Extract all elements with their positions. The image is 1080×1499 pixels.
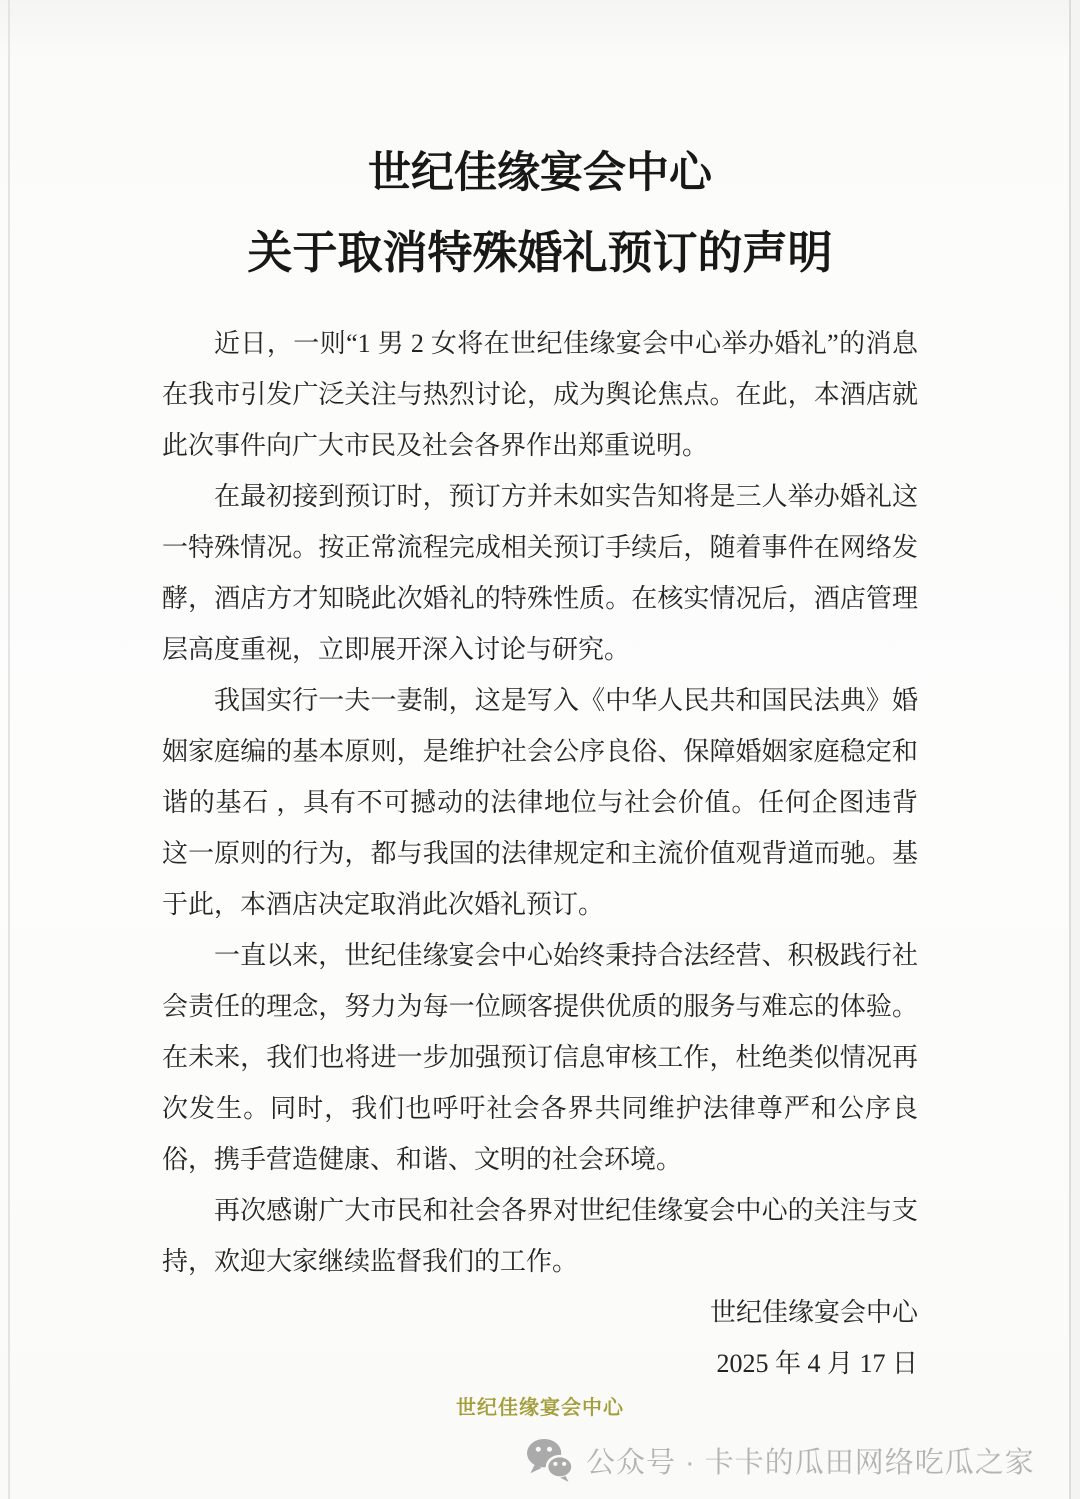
signature-block: 世纪佳缘宴会中心 2025 年 4 月 17 日 xyxy=(0,1287,918,1389)
watermark: 公众号 · 卡卡的瓜田网络吃瓜之家 xyxy=(526,1438,1035,1482)
document-title: 世纪佳缘宴会中心 xyxy=(0,150,1080,198)
paragraph-3: 我国实行一夫一妻制，这是写入《中华人民共和国民法典》婚姻家庭编的基本原则，是维护… xyxy=(162,675,918,930)
paragraph-4: 一直以来，世纪佳缘宴会中心始终秉持合法经营、积极践行社会责任的理念，努力为每一位… xyxy=(162,930,918,1185)
document-subtitle: 关于取消特殊婚礼预订的声明 xyxy=(0,228,1080,278)
paragraph-5: 再次感谢广大市民和社会各界对世纪佳缘宴会中心的关注与支持，欢迎大家继续监督我们的… xyxy=(162,1185,918,1287)
signature: 世纪佳缘宴会中心 xyxy=(0,1287,918,1338)
paragraph-2: 在最初接到预订时，预订方并未如实告知将是三人举办婚礼这一特殊情况。按正常流程完成… xyxy=(162,471,918,675)
photo-edge-right xyxy=(1069,0,1071,1499)
paragraph-1: 近日，一则“1 男 2 女将在世纪佳缘宴会中心举办婚礼”的消息在我市引发广泛关注… xyxy=(162,318,918,471)
footer-brand: 世纪佳缘宴会中心 xyxy=(0,1393,1080,1423)
date: 2025 年 4 月 17 日 xyxy=(0,1338,918,1389)
photo-edge-right-pane xyxy=(1071,0,1080,1499)
statement-document-page: 世纪佳缘宴会中心 关于取消特殊婚礼预订的声明 近日，一则“1 男 2 女将在世纪… xyxy=(0,0,1080,1499)
photo-edge-left xyxy=(8,0,10,1499)
document-body: 近日，一则“1 男 2 女将在世纪佳缘宴会中心举办婚礼”的消息在我市引发广泛关注… xyxy=(162,318,918,1287)
wechat-icon xyxy=(526,1438,573,1482)
watermark-text: 公众号 · 卡卡的瓜田网络吃瓜之家 xyxy=(586,1440,1035,1481)
